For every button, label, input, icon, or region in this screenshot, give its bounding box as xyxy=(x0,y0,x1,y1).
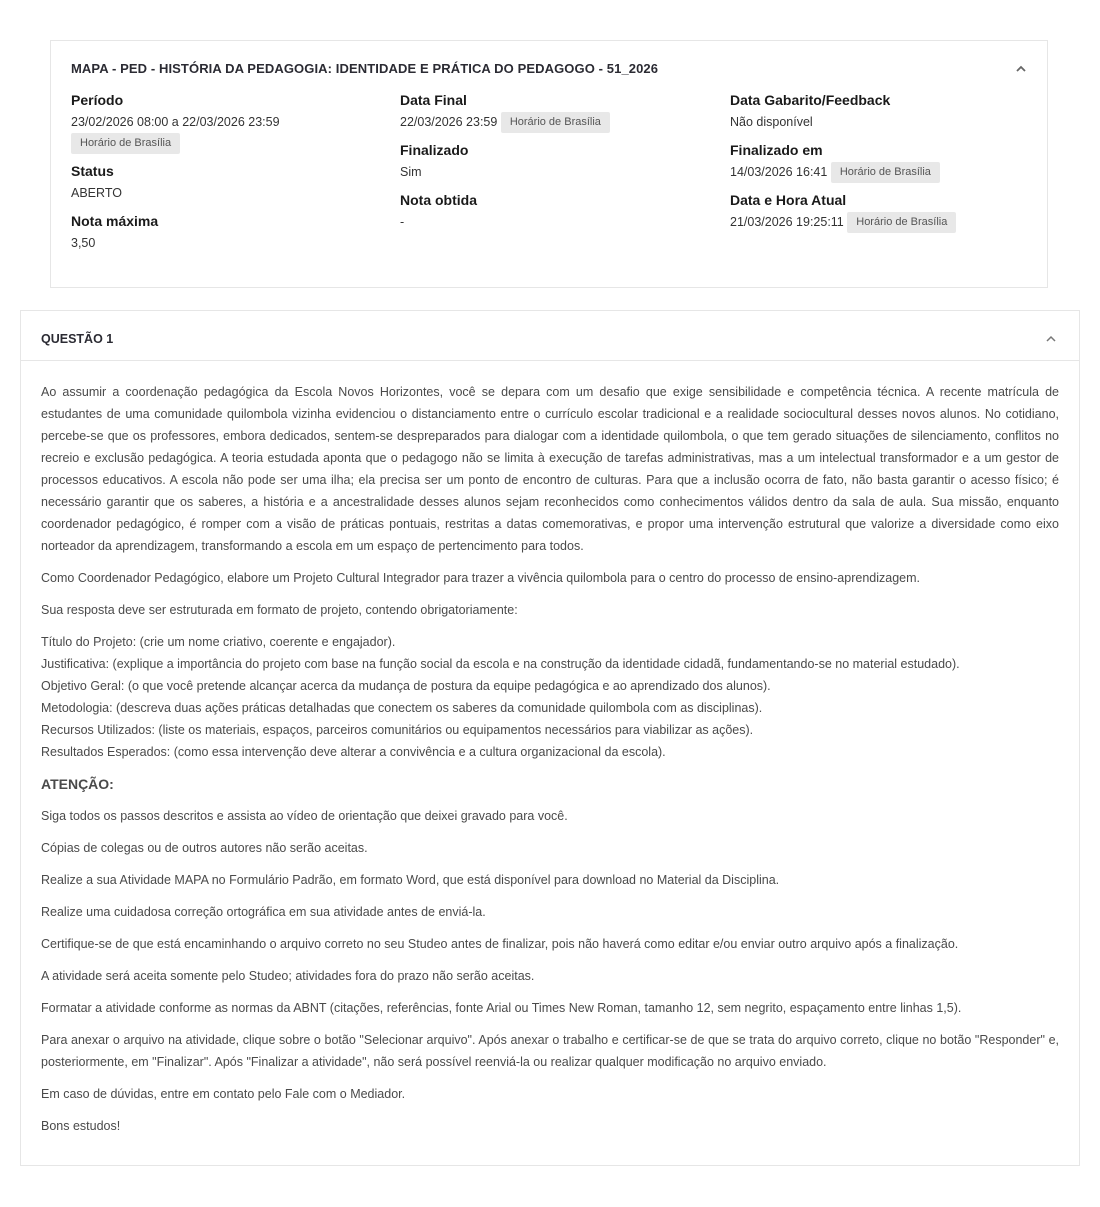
attention-item: Siga todos os passos descritos e assista… xyxy=(41,805,1059,827)
field-data-gabarito: Data Gabarito/Feedback Não disponível xyxy=(730,91,956,133)
attention-item: Formatar a atividade conforme as normas … xyxy=(41,997,1059,1019)
nota-obtida-label: Nota obtida xyxy=(400,191,610,209)
data-hora-atual-label: Data e Hora Atual xyxy=(730,191,956,209)
nota-maxima-value: 3,50 xyxy=(71,232,280,254)
finalizado-em-label: Finalizado em xyxy=(730,141,956,159)
requirement-item: Título do Projeto: (crie um nome criativ… xyxy=(41,631,1059,653)
field-data-hora-atual: Data e Hora Atual 21/03/2026 19:25:11 Ho… xyxy=(730,191,956,233)
attention-item: Realize a sua Atividade MAPA no Formulár… xyxy=(41,869,1059,891)
project-requirements-list: Título do Projeto: (crie um nome criativ… xyxy=(41,631,1059,763)
attention-item: Realize uma cuidadosa correção ortográfi… xyxy=(41,901,1059,923)
requirement-item: Justificativa: (explique a importância d… xyxy=(41,653,1059,675)
collapse-activity-button[interactable] xyxy=(1011,58,1031,78)
attention-item: Certifique-se de que está encaminhando o… xyxy=(41,933,1059,955)
activity-title: MAPA - PED - HISTÓRIA DA PEDAGOGIA: IDEN… xyxy=(71,61,658,76)
timezone-badge: Horário de Brasília xyxy=(71,133,180,154)
closing-message: Bons estudos! xyxy=(41,1115,1059,1137)
requirement-item: Resultados Esperados: (como essa interve… xyxy=(41,741,1059,763)
question-title: QUESTÃO 1 xyxy=(41,332,113,346)
timezone-badge: Horário de Brasília xyxy=(847,212,956,233)
field-status: Status ABERTO xyxy=(71,162,280,204)
attention-item: Para anexar o arquivo na atividade, cliq… xyxy=(41,1029,1059,1073)
finalizado-label: Finalizado xyxy=(400,141,610,159)
finalizado-em-value: 14/03/2026 16:41 xyxy=(730,165,827,179)
data-hora-atual-value: 21/03/2026 19:25:11 xyxy=(730,215,844,229)
requirement-item: Objetivo Geral: (o que você pretende alc… xyxy=(41,675,1059,697)
question-task: Como Coordenador Pedagógico, elabore um … xyxy=(41,567,1059,589)
field-finalizado-em: Finalizado em 14/03/2026 16:41 Horário d… xyxy=(730,141,956,183)
timezone-badge: Horário de Brasília xyxy=(501,112,610,133)
periodo-label: Período xyxy=(71,91,280,109)
requirement-item: Recursos Utilizados: (liste os materiais… xyxy=(41,719,1059,741)
question-card: QUESTÃO 1 Ao assumir a coordenação pedag… xyxy=(20,310,1080,1166)
activity-info-card: MAPA - PED - HISTÓRIA DA PEDAGOGIA: IDEN… xyxy=(50,40,1048,288)
question-intro: Ao assumir a coordenação pedagógica da E… xyxy=(41,381,1059,557)
status-label: Status xyxy=(71,162,280,180)
info-column-3: Data Gabarito/Feedback Não disponível Fi… xyxy=(730,91,956,233)
attention-item: Cópias de colegas ou de outros autores n… xyxy=(41,837,1059,859)
status-value: ABERTO xyxy=(71,182,280,204)
attention-heading: ATENÇÃO: xyxy=(41,773,1059,795)
question-header[interactable]: QUESTÃO 1 xyxy=(21,311,1079,361)
requirement-item: Metodologia: (descreva duas ações prátic… xyxy=(41,697,1059,719)
field-finalizado: Finalizado Sim xyxy=(400,141,610,183)
attention-item: Em caso de dúvidas, entre em contato pel… xyxy=(41,1083,1059,1105)
chevron-up-icon xyxy=(1016,65,1026,72)
periodo-value: 23/02/2026 08:00 a 22/03/2026 23:59 xyxy=(71,111,280,133)
data-gabarito-label: Data Gabarito/Feedback xyxy=(730,91,956,109)
nota-maxima-label: Nota máxima xyxy=(71,212,280,230)
field-periodo: Período 23/02/2026 08:00 a 22/03/2026 23… xyxy=(71,91,280,154)
finalizado-value: Sim xyxy=(400,161,610,183)
info-column-2: Data Final 22/03/2026 23:59 Horário de B… xyxy=(400,91,610,233)
data-gabarito-value: Não disponível xyxy=(730,111,956,133)
chevron-up-icon xyxy=(1046,335,1056,342)
structure-intro: Sua resposta deve ser estruturada em for… xyxy=(41,599,1059,621)
field-nota-maxima: Nota máxima 3,50 xyxy=(71,212,280,254)
question-body: Ao assumir a coordenação pedagógica da E… xyxy=(41,381,1059,1147)
nota-obtida-value: - xyxy=(400,211,610,233)
timezone-badge: Horário de Brasília xyxy=(831,162,940,183)
attention-item: A atividade será aceita somente pelo Stu… xyxy=(41,965,1059,987)
field-nota-obtida: Nota obtida - xyxy=(400,191,610,233)
field-data-final: Data Final 22/03/2026 23:59 Horário de B… xyxy=(400,91,610,133)
data-final-label: Data Final xyxy=(400,91,610,109)
info-column-1: Período 23/02/2026 08:00 a 22/03/2026 23… xyxy=(71,91,280,254)
data-final-value: 22/03/2026 23:59 xyxy=(400,115,497,129)
collapse-question-button[interactable] xyxy=(1041,328,1061,348)
